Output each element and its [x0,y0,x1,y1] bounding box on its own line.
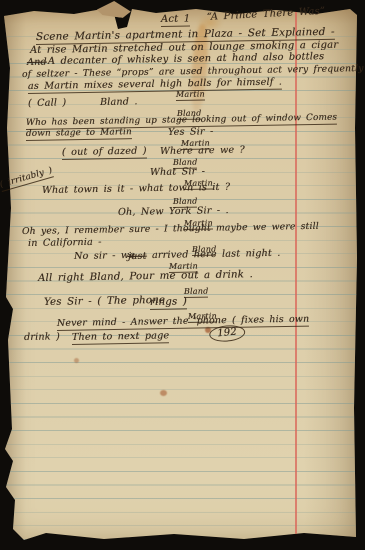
dialogue-line: All right Bland, Pour me out a drink . [38,269,253,284]
stage-direction: ( Call ) [28,98,67,109]
scanned-manuscript-page: Act 1 “A Prince There Was” Scene Martin'… [0,0,365,550]
stage-direction: down stage to Martin [26,128,132,141]
dialogue-line: rings ) [150,296,187,309]
dialogue-line: arrived here last night . [152,249,281,262]
stage-direction: Never mind - Answer the 'phone ( fixes h… [57,315,310,331]
dialogue-line: Bland . [100,97,138,108]
stage-direction: drink ) [24,332,60,343]
stage-direction: ( out of dazed ) [62,147,147,161]
dialogue-line: No sir - we [74,251,135,263]
speaker-heading: Bland [184,288,209,299]
dialogue-line: Where are we ? [160,146,245,158]
dialogue-line: Yes Sir - [168,127,214,138]
dialogue-line: What town is it - what town is it ? [42,183,230,197]
speaker-heading: Martin [176,90,205,101]
struck-word: And [27,58,47,69]
stage-direction: as Martin mixes several high balls for h… [28,78,282,94]
dialogue-line: What Sir - [150,167,205,179]
dialogue-line: Yes Sir - ( The phone [44,295,165,308]
text-layer: Act 1 “A Prince There Was” Scene Martin'… [0,0,365,550]
stage-direction: Then to next page [72,331,170,345]
act-heading: Act 1 [161,13,191,26]
dialogue-line: Oh, New York Sir - . [118,206,229,218]
play-title: “A Prince There Was” [206,6,325,23]
dialogue-line: in California - [28,238,102,250]
struck-word: just [128,252,147,263]
dialogue-line: Oh yes, I remember sure - I thought mayb… [22,222,319,237]
